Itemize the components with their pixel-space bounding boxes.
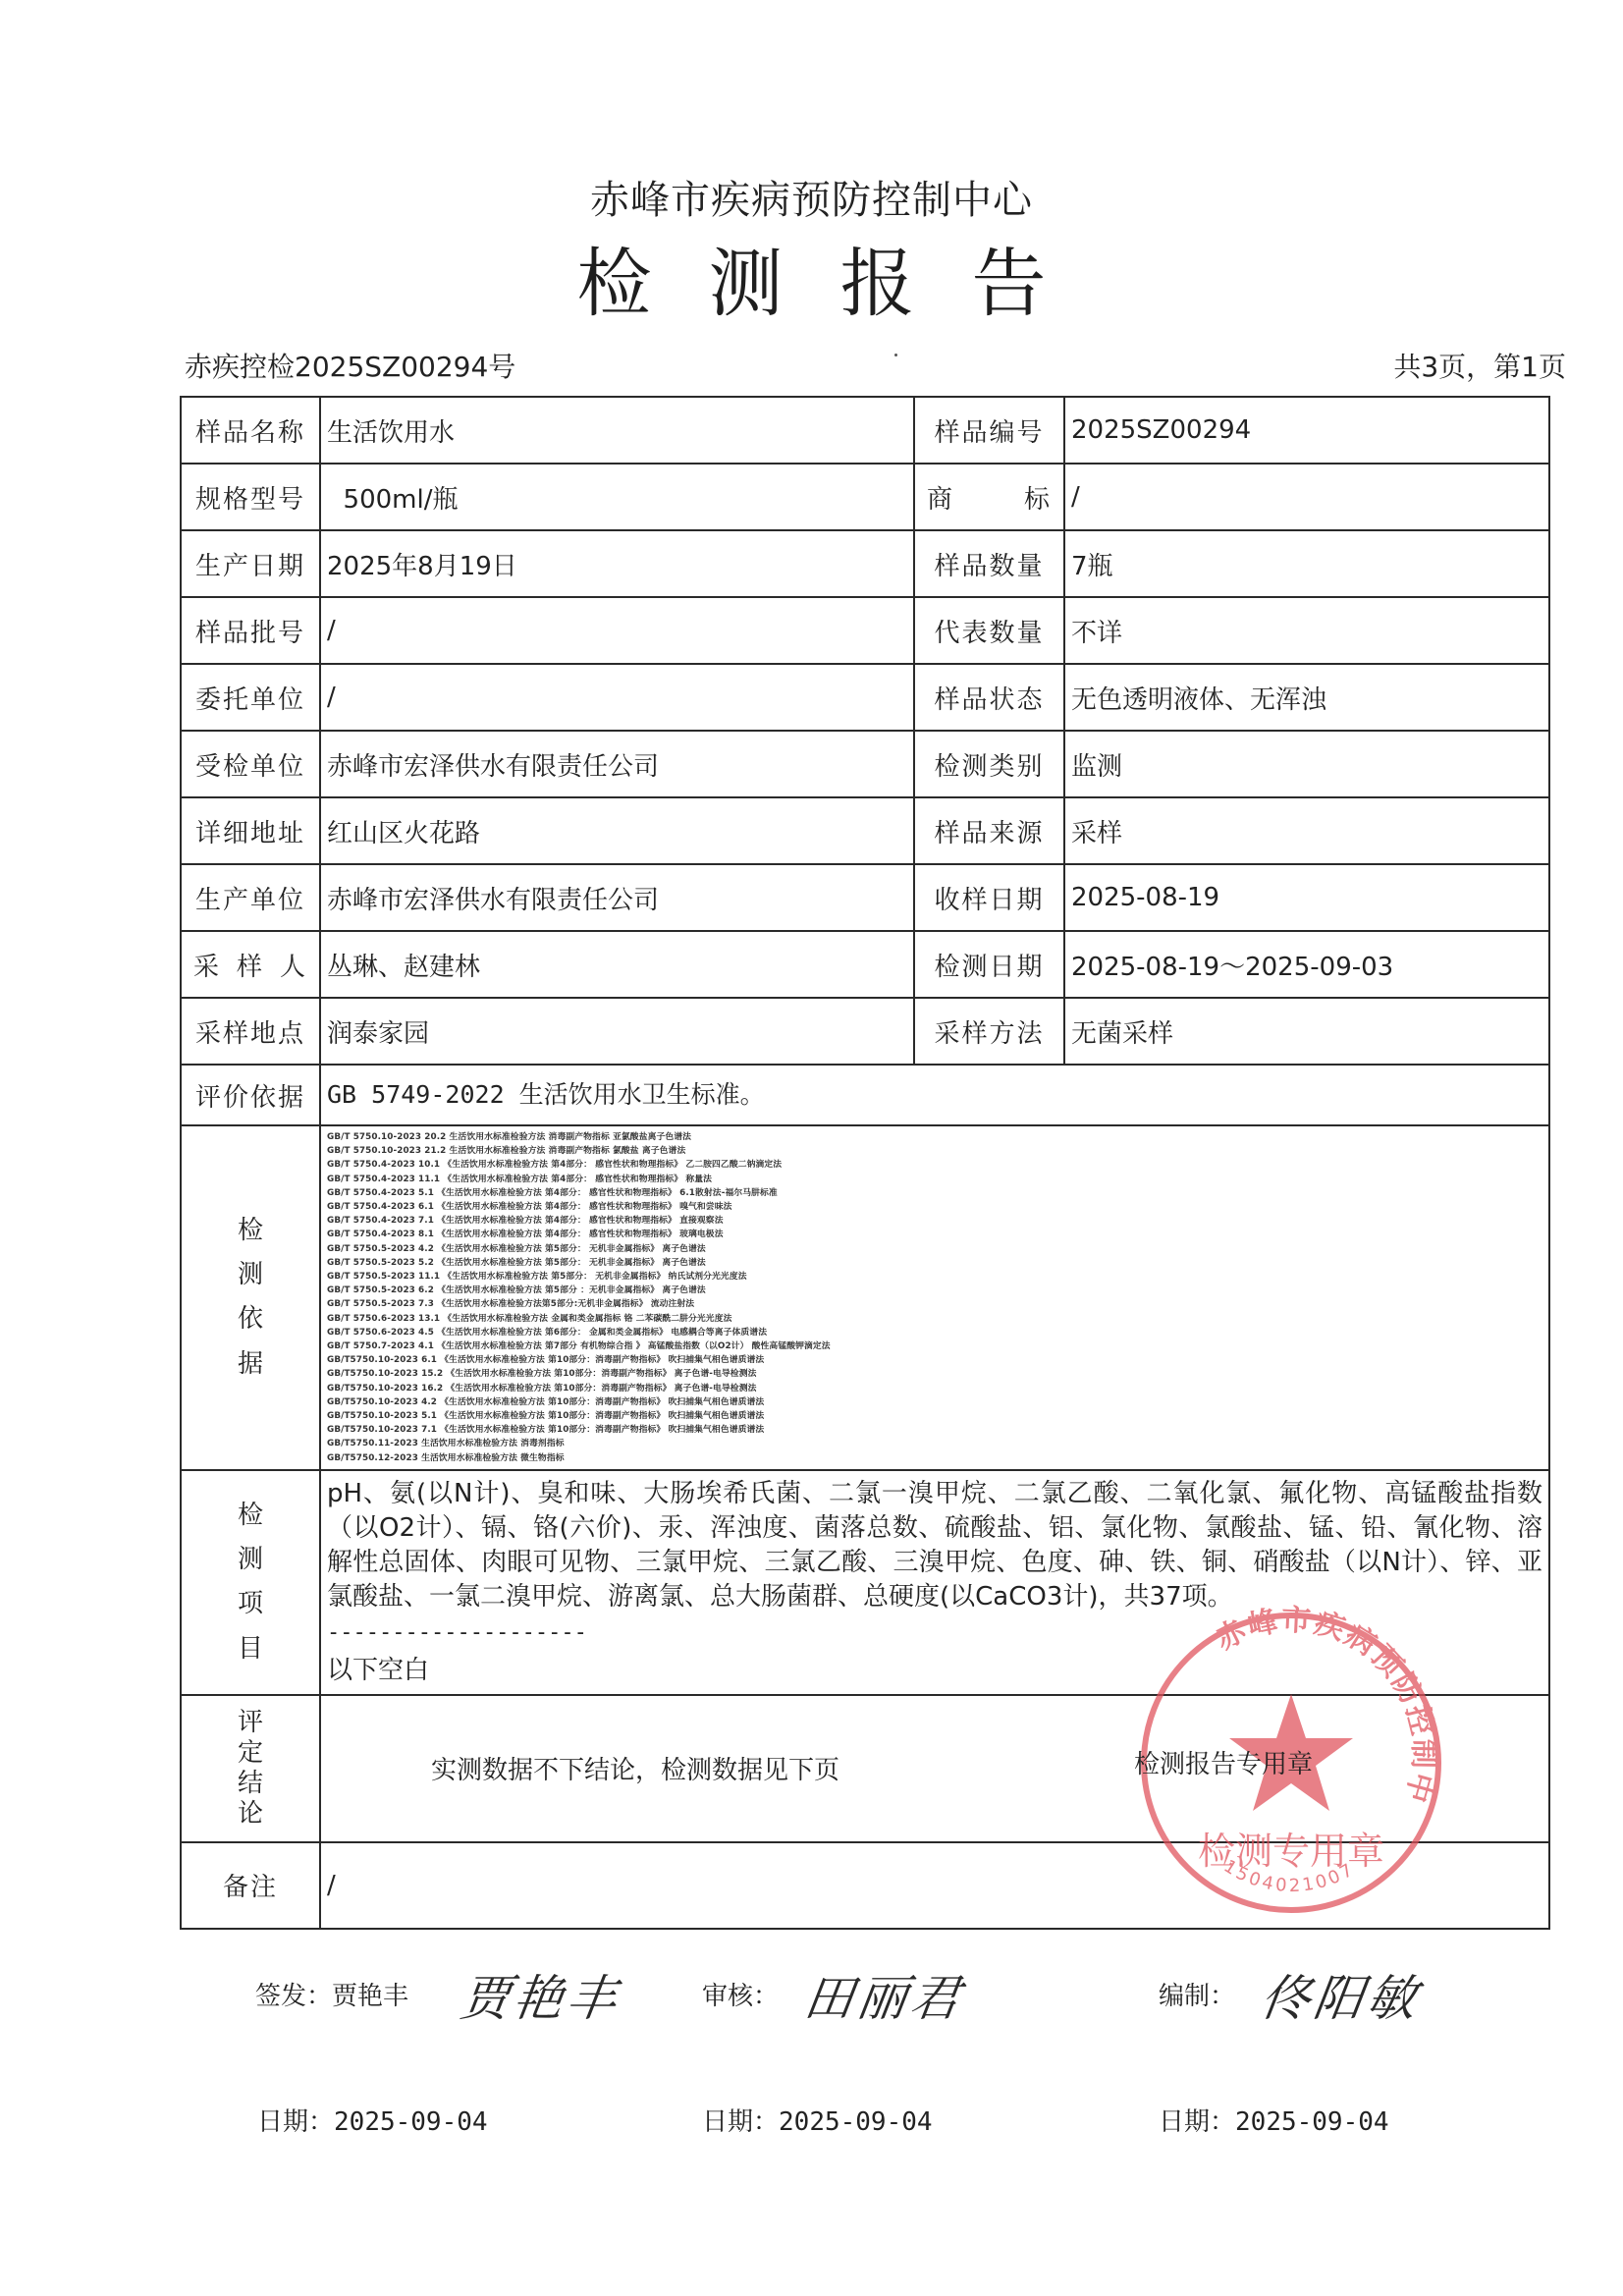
issuer-name: 贾艳丰	[332, 1976, 408, 2012]
issuer-signature: 签发：贾艳丰	[255, 1976, 408, 2012]
info-row: 生产日期2025年8月19日样品数量7瓶	[181, 530, 1549, 597]
field-value: 丛琳、赵建林	[320, 931, 914, 998]
info-row: 样品名称生活饮用水样品编号2025SZ00294	[181, 397, 1549, 464]
conclusion-text: 实测数据不下结论，检测数据见下页	[320, 1695, 1549, 1842]
stamp-caption: 检测报告专用章	[1134, 1744, 1313, 1780]
issuer-date: 日期：2025-09-04	[257, 2102, 488, 2138]
field-value: 2025-08-19	[1064, 864, 1549, 931]
conclusion-row: 评定结论 实测数据不下结论，检测数据见下页	[181, 1695, 1549, 1842]
info-row: 委托单位/样品状态无色透明液体、无浑浊	[181, 664, 1549, 731]
date-value: 2025-09-04	[334, 2107, 488, 2137]
date-label: 日期：	[1159, 2107, 1235, 2137]
standard-code: GB 5749-2022	[327, 1080, 519, 1109]
method-line: GB/T 5750.7-2023 4.1 《生活饮用水标准检验方法 第7部分 有…	[327, 1339, 1542, 1353]
label-char: 评	[188, 1708, 313, 1738]
method-line: GB/T 5750.5-2023 5.2 《生活饮用水标准检验方法 第5部分： …	[327, 1256, 1542, 1270]
method-line: GB/T 5750.10-2023 20.2 生活饮用水标准检验方法 消毒副产物…	[327, 1130, 1542, 1144]
field-value: 赤峰市宏泽供水有限责任公司	[320, 864, 914, 931]
issuer-handwritten-signature: 贾艳丰	[457, 1959, 625, 2030]
method-line: GB/T5750.10-2023 16.2 《生活饮用水标准检验方法 第10部分…	[327, 1382, 1542, 1395]
compiler-date: 日期：2025-09-04	[1159, 2102, 1389, 2138]
field-value: 500ml/瓶	[320, 464, 914, 530]
evaluation-basis-row: 评价依据 GB 5749-2022 生活饮用水卫生标准。	[181, 1065, 1549, 1125]
evaluation-basis-label: 评价依据	[181, 1065, 320, 1125]
info-row: 样品批号/代表数量不详	[181, 597, 1549, 664]
method-line: GB/T 5750.4-2023 11.1 《生活饮用水标准检验方法 第4部分：…	[327, 1173, 1542, 1186]
field-label: 受检单位	[181, 731, 320, 797]
reviewer-date: 日期：2025-09-04	[702, 2102, 933, 2138]
label-char: 结	[188, 1769, 313, 1799]
field-value: 监测	[1064, 731, 1549, 797]
field-label: 样品来源	[914, 797, 1064, 864]
field-value: 2025年8月19日	[320, 530, 914, 597]
method-line: GB/T5750.10-2023 15.2 《生活饮用水标准检验方法 第10部分…	[327, 1367, 1542, 1381]
document-title: 检测报告	[0, 224, 1623, 331]
remarks-row: 备注 /	[181, 1842, 1549, 1929]
method-line: GB/T5750.10-2023 6.1 《生活饮用水标准检验方法 第10部分：…	[327, 1353, 1542, 1367]
test-items-text: pH、氨(以N计)、臭和味、大肠埃希氏菌、二氯一溴甲烷、二氯乙酸、二氧化氯、氟化…	[327, 1477, 1542, 1614]
scan-artifact	[894, 354, 897, 356]
field-value: 无菌采样	[1064, 998, 1549, 1065]
compiler-role: 编制：	[1159, 1982, 1235, 2011]
info-row: 采样地点润泰家园采样方法无菌采样	[181, 998, 1549, 1065]
test-items-row: 检测项目 pH、氨(以N计)、臭和味、大肠埃希氏菌、二氯一溴甲烷、二氯乙酸、二氧…	[181, 1470, 1549, 1695]
field-label: 生产日期	[181, 530, 320, 597]
report-table: 样品名称生活饮用水样品编号2025SZ00294规格型号 500ml/瓶商标/生…	[180, 396, 1550, 1930]
evaluation-basis-value: GB 5749-2022 生活饮用水卫生标准。	[320, 1065, 1549, 1125]
reviewer-role: 审核：	[702, 1982, 779, 2011]
compiler-signature: 编制：	[1159, 1976, 1235, 2012]
label-char: 检	[188, 1216, 313, 1246]
label-char: 测	[188, 1260, 313, 1290]
date-label: 日期：	[702, 2107, 779, 2137]
method-line: GB/T 5750.5-2023 4.2 《生活饮用水标准检验方法 第5部分： …	[327, 1242, 1542, 1256]
compiler-handwritten-signature: 佟阳敏	[1257, 1959, 1426, 2030]
field-label: 代表数量	[914, 597, 1064, 664]
method-line: GB/T5750.10-2023 4.2 《生活饮用水标准检验方法 第10部分：…	[327, 1395, 1542, 1409]
field-label: 详细地址	[181, 797, 320, 864]
field-label: 采样方法	[914, 998, 1064, 1065]
field-value: 不详	[1064, 597, 1549, 664]
label-char: 据	[188, 1349, 313, 1380]
standard-name: 生活饮用水卫生标准。	[519, 1080, 765, 1109]
method-line: GB/T 5750.6-2023 13.1 《生活饮用水标准检验方法 金属和类金…	[327, 1312, 1542, 1326]
method-line: GB/T 5750.4-2023 7.1 《生活饮用水标准检验方法 第4部分： …	[327, 1214, 1542, 1228]
field-value: 润泰家园	[320, 998, 914, 1065]
field-label: 检测类别	[914, 731, 1064, 797]
field-label: 采样人	[181, 931, 320, 998]
info-row: 生产单位赤峰市宏泽供水有限责任公司收样日期2025-08-19	[181, 864, 1549, 931]
test-items-label: 检测项目	[181, 1470, 320, 1695]
label-char: 定	[188, 1738, 313, 1769]
method-line: GB/T5750.10-2023 7.1 《生活饮用水标准检验方法 第10部分：…	[327, 1423, 1542, 1437]
field-label: 规格型号	[181, 464, 320, 530]
method-line: GB/T5750.11-2023 生活饮用水标准检验方法 消毒剂指标	[327, 1437, 1542, 1450]
field-value: /	[320, 597, 914, 664]
field-label: 商标	[914, 464, 1064, 530]
label-char: 检	[188, 1501, 313, 1531]
info-row: 受检单位赤峰市宏泽供水有限责任公司检测类别监测	[181, 731, 1549, 797]
issuer-role: 签发：	[255, 1982, 332, 2011]
field-value: 7瓶	[1064, 530, 1549, 597]
field-label: 采样地点	[181, 998, 320, 1065]
remarks-label: 备注	[181, 1842, 320, 1929]
field-label: 样品状态	[914, 664, 1064, 731]
page-info: 共3页，第1页	[1393, 346, 1566, 385]
method-line: GB/T 5750.4-2023 6.1 《生活饮用水标准检验方法 第4部分： …	[327, 1200, 1542, 1214]
field-label: 检测日期	[914, 931, 1064, 998]
method-line: GB/T5750.10-2023 5.1 《生活饮用水标准检验方法 第10部分：…	[327, 1409, 1542, 1423]
date-label: 日期：	[257, 2107, 334, 2137]
divider-line: --------------------	[327, 1620, 1542, 1646]
test-items-cell: pH、氨(以N计)、臭和味、大肠埃希氏菌、二氯一溴甲烷、二氯乙酸、二氧化氯、氟化…	[320, 1470, 1549, 1695]
field-label: 委托单位	[181, 664, 320, 731]
method-line: GB/T 5750.5-2023 6.2 《生活饮用水标准检验方法 第5部分 ：…	[327, 1284, 1542, 1297]
label-char: 目	[188, 1634, 313, 1665]
method-line: GB/T 5750.10-2023 21.2 生活饮用水标准检验方法 消毒副产物…	[327, 1144, 1542, 1158]
test-methods-row: 检测依据 GB/T 5750.10-2023 20.2 生活饮用水标准检验方法 …	[181, 1125, 1549, 1470]
field-value: 采样	[1064, 797, 1549, 864]
field-label: 生产单位	[181, 864, 320, 931]
field-value: /	[320, 664, 914, 731]
label-char: 项	[188, 1589, 313, 1619]
org-name: 赤峰市疾病预防控制中心	[0, 169, 1623, 225]
label-char: 论	[188, 1799, 313, 1830]
date-value: 2025-09-04	[779, 2107, 933, 2137]
field-label: 样品批号	[181, 597, 320, 664]
field-value: /	[1064, 464, 1549, 530]
info-row: 采样人丛琳、赵建林检测日期2025-08-19～2025-09-03	[181, 931, 1549, 998]
field-label: 样品编号	[914, 397, 1064, 464]
date-value: 2025-09-04	[1235, 2107, 1389, 2137]
info-row: 详细地址红山区火花路样品来源采样	[181, 797, 1549, 864]
field-value: 赤峰市宏泽供水有限责任公司	[320, 731, 914, 797]
conclusion-label: 评定结论	[181, 1695, 320, 1842]
method-line: GB/T 5750.5-2023 7.3 《生活饮用水标准检验方法第5部分:无机…	[327, 1297, 1542, 1311]
method-line: GB/T 5750.5-2023 11.1 《生活饮用水标准检验方法 第5部分：…	[327, 1270, 1542, 1284]
field-label: 样品数量	[914, 530, 1064, 597]
method-line: GB/T 5750.4-2023 10.1 《生活饮用水标准检验方法 第4部分：…	[327, 1158, 1542, 1172]
test-methods-label: 检测依据	[181, 1125, 320, 1470]
method-line: GB/T5750.12-2023 生活饮用水标准检验方法 微生物指标	[327, 1451, 1542, 1465]
method-line: GB/T 5750.4-2023 8.1 《生活饮用水标准检验方法 第4部分： …	[327, 1228, 1542, 1241]
label-char: 依	[188, 1304, 313, 1335]
reviewer-signature: 审核：	[702, 1976, 779, 2012]
blank-note: 以下空白	[327, 1654, 1542, 1688]
field-value: 无色透明液体、无浑浊	[1064, 664, 1549, 731]
remarks-value: /	[320, 1842, 1549, 1929]
field-label: 收样日期	[914, 864, 1064, 931]
info-row: 规格型号 500ml/瓶商标/	[181, 464, 1549, 530]
field-label: 样品名称	[181, 397, 320, 464]
field-value: 2025-08-19～2025-09-03	[1064, 931, 1549, 998]
field-value: 2025SZ00294	[1064, 397, 1549, 464]
method-line: GB/T 5750.4-2023 5.1 《生活饮用水标准检验方法 第4部分： …	[327, 1186, 1542, 1200]
label-char: 测	[188, 1545, 313, 1575]
field-value: 生活饮用水	[320, 397, 914, 464]
reviewer-handwritten-signature: 田丽君	[800, 1959, 969, 2030]
test-methods-list: GB/T 5750.10-2023 20.2 生活饮用水标准检验方法 消毒副产物…	[320, 1125, 1549, 1470]
report-number: 赤疾控检2025SZ00294号	[185, 346, 515, 385]
method-line: GB/T 5750.6-2023 4.5 《生活饮用水标准检验方法 第6部分： …	[327, 1326, 1542, 1339]
field-value: 红山区火花路	[320, 797, 914, 864]
